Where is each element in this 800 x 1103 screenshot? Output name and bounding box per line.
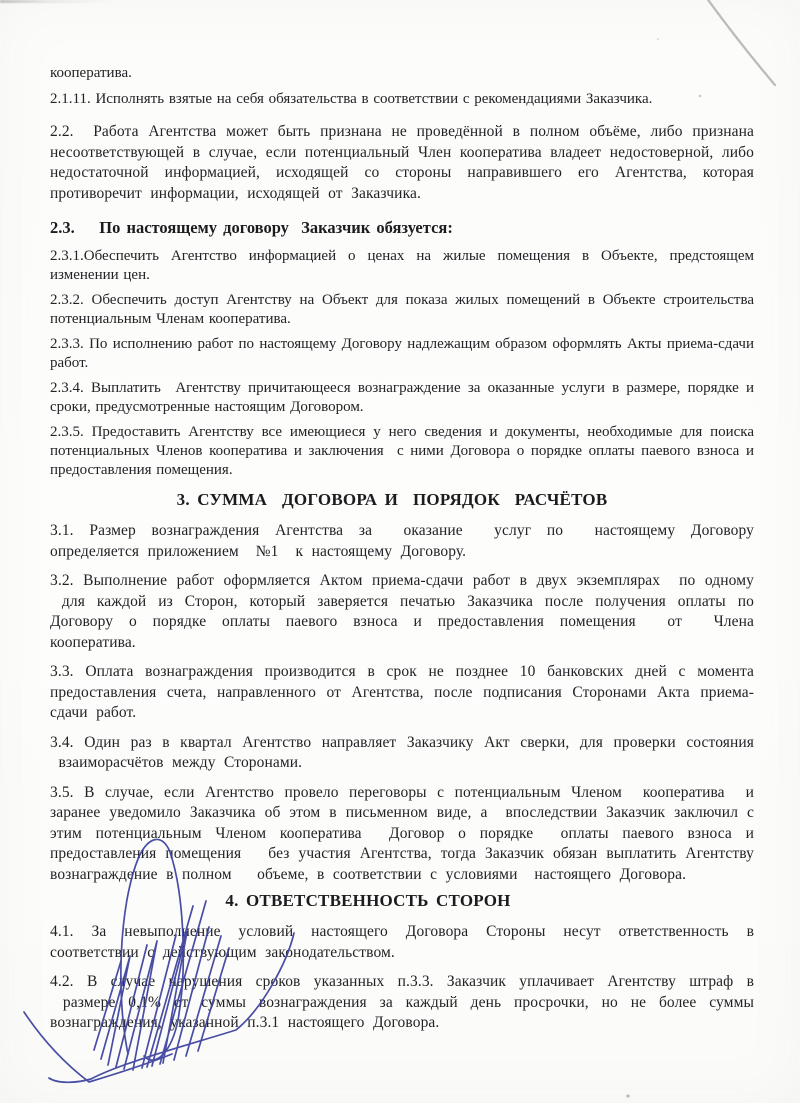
clause-2-3-4: 2.3.4. Выплатить Агентству причитающееся… (50, 379, 754, 417)
paragraph-continuation: кооператива. (50, 64, 754, 83)
scanned-contract-page: кооператива. 2.1.11. Исполнять взятые на… (0, 0, 800, 1103)
clause-3-1: 3.1. Размер вознаграждения Агентства за … (50, 521, 754, 562)
clause-3-2: 3.2. Выполнение работ оформляется Актом … (50, 571, 754, 653)
clause-3-4: 3.4. Один раз в квартал Агентство направ… (50, 733, 754, 774)
section-heading-3: 3. СУММА ДОГОВОРА И ПОРЯДОК РАСЧЁТОВ (40, 488, 744, 511)
contract-text-block: кооператива. 2.1.11. Исполнять взятые на… (50, 64, 754, 1043)
clause-2-2: 2.2. Работа Агентства может быть признан… (50, 122, 754, 204)
clause-4-2: 4.2. В случае нарушения сроков указанных… (50, 972, 754, 1034)
clause-2-3-5: 2.3.5. Предоставить Агентству все имеющи… (50, 423, 754, 480)
clause-2-3-3: 2.3.3. По исполнению работ по настоящему… (50, 335, 754, 373)
scan-speck (657, 38, 659, 40)
clause-heading-2-3: 2.3. По настоящему договору Заказчик обя… (50, 217, 754, 239)
scan-edge-smudge (0, 0, 112, 3)
scan-speck (626, 1094, 629, 1097)
clause-2-3-1: 2.3.1.Обеспечить Агентство информацией о… (50, 247, 754, 285)
clause-3-3: 3.3. Оплата вознаграждения производится … (50, 662, 754, 724)
clause-4-1: 4.1. За невыполнение условий настоящего … (50, 922, 754, 963)
clause-2-3-2: 2.3.2. Обеспечить доступ Агентству на Об… (50, 291, 754, 329)
clause-2-1-11: 2.1.11. Исполнять взятые на себя обязате… (50, 90, 754, 109)
clause-3-5: 3.5. В случае, если Агентство провело пе… (50, 783, 754, 886)
section-heading-4: 4. ОТВЕТСТВЕННОСТЬ СТОРОН (16, 889, 720, 912)
